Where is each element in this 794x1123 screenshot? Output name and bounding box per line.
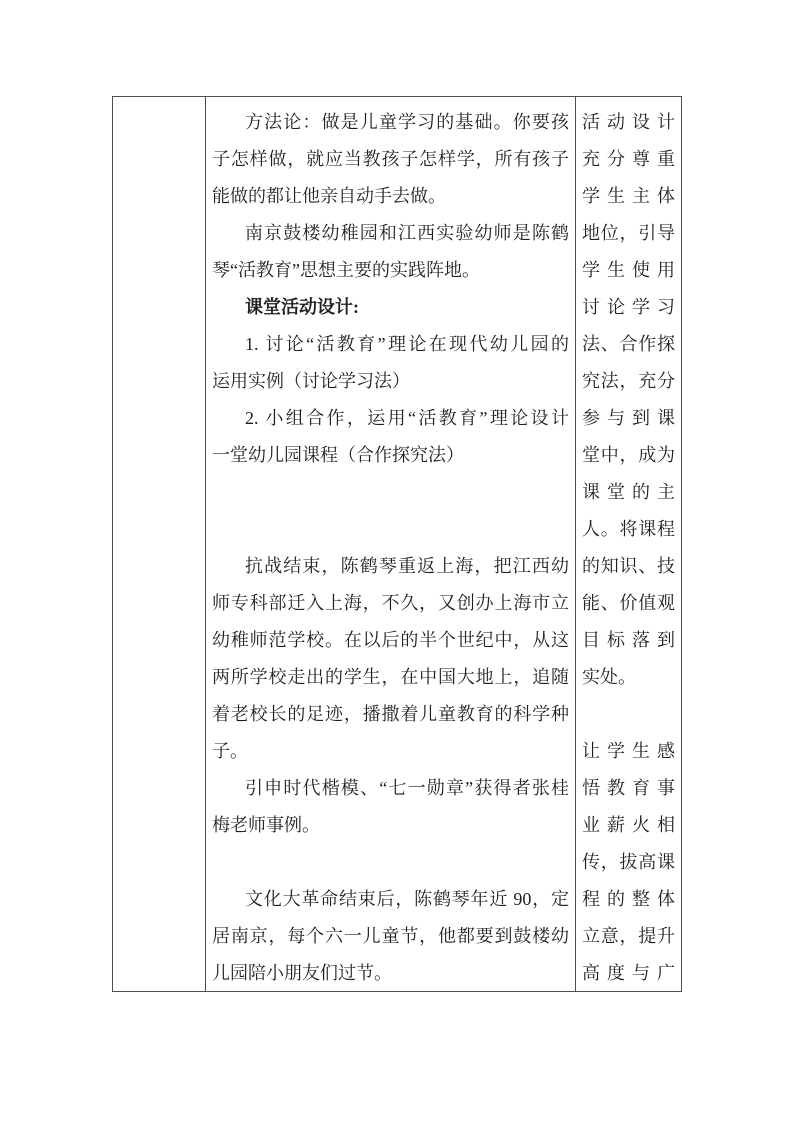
- text-line: 抗战结束，陈鹤琴重返上海，把江西幼: [212, 548, 569, 585]
- text-line: 业薪火相: [582, 807, 675, 844]
- text-line: 两所学校走出的学生，在中国大地上，追随: [212, 659, 569, 696]
- text-line: 琴“活教育”思想主要的实践阵地。: [212, 252, 569, 289]
- text-line: 幼稚师范学校。在以后的半个世纪中，从这: [212, 622, 569, 659]
- text-line: 的知识、技: [582, 548, 675, 585]
- text-line: 参与到课: [582, 400, 675, 437]
- text-line: 居南京，每个六一儿童节，他都要到鼓楼幼: [212, 918, 569, 955]
- table-cell-empty-left: [113, 97, 206, 991]
- text-line: 课堂的主: [582, 474, 675, 511]
- text-line: [582, 696, 675, 733]
- text-line: 活动设计: [582, 104, 675, 141]
- text-line: 儿园陪小朋友们过节。: [212, 955, 569, 992]
- text-line: 一堂幼儿园课程（合作探究法）: [212, 437, 569, 474]
- text-line: 程的整体: [582, 881, 675, 918]
- text-line: 让学生感: [582, 733, 675, 770]
- text-line: 地位，引导: [582, 215, 675, 252]
- document-page: 方法论：做是儿童学习的基础。你要孩子怎样做，就应当教孩子怎样学，所有孩子能做的都…: [0, 0, 794, 1123]
- text-line: 课堂活动设计:: [212, 289, 569, 326]
- text-line: 悟教育事: [582, 770, 675, 807]
- text-line: 能做的都让他亲自动手去做。: [212, 178, 569, 215]
- text-line: 法、合作探: [582, 326, 675, 363]
- lesson-plan-table: 方法论：做是儿童学习的基础。你要孩子怎样做，就应当教孩子怎样学，所有孩子能做的都…: [112, 96, 682, 992]
- text-line: 人。将课程: [582, 511, 675, 548]
- text-line: 着老校长的足迹，播撒着儿童教育的科学种: [212, 696, 569, 733]
- text-line: 文化大革命结束后，陈鹤琴年近 90，定: [212, 881, 569, 918]
- text-line: 南京鼓楼幼稚园和江西实验幼师是陈鹤: [212, 215, 569, 252]
- table-cell-design-intent: 活动设计充分尊重学生主体地位，引导学生使用讨论学习法、合作探究法，充分参与到课堂…: [576, 97, 681, 991]
- text-line: 子怎样做，就应当教孩子怎样学，所有孩子: [212, 141, 569, 178]
- text-line: 学生主体: [582, 178, 675, 215]
- text-line: 立意，提升: [582, 918, 675, 955]
- text-line: 讨论学习: [582, 289, 675, 326]
- text-line: 方法论：做是儿童学习的基础。你要孩: [212, 104, 569, 141]
- text-line: 1. 讨论“活教育”理论在现代幼儿园的: [212, 326, 569, 363]
- text-line: 学生使用: [582, 252, 675, 289]
- text-line: 2. 小组合作，运用“活教育”理论设计: [212, 400, 569, 437]
- text-line: 能、价值观: [582, 585, 675, 622]
- text-line: 梅老师事例。: [212, 807, 569, 844]
- text-line: 目标落到: [582, 622, 675, 659]
- text-line: 师专科部迁入上海，不久，又创办上海市立: [212, 585, 569, 622]
- text-line: 引申时代楷模、“七一勋章”获得者张桂: [212, 770, 569, 807]
- text-line: 充分尊重: [582, 141, 675, 178]
- text-line: [212, 844, 569, 881]
- text-line: 传，拔高课: [582, 844, 675, 881]
- text-line: 实处。: [582, 659, 675, 696]
- text-line: 子。: [212, 733, 569, 770]
- text-line: 运用实例（讨论学习法）: [212, 363, 569, 400]
- text-line: [212, 474, 569, 511]
- text-line: 究法，充分: [582, 363, 675, 400]
- table-cell-lesson-content: 方法论：做是儿童学习的基础。你要孩子怎样做，就应当教孩子怎样学，所有孩子能做的都…: [206, 97, 576, 991]
- text-line: [212, 511, 569, 548]
- text-line: 堂中，成为: [582, 437, 675, 474]
- text-line: 高度与广: [582, 955, 675, 992]
